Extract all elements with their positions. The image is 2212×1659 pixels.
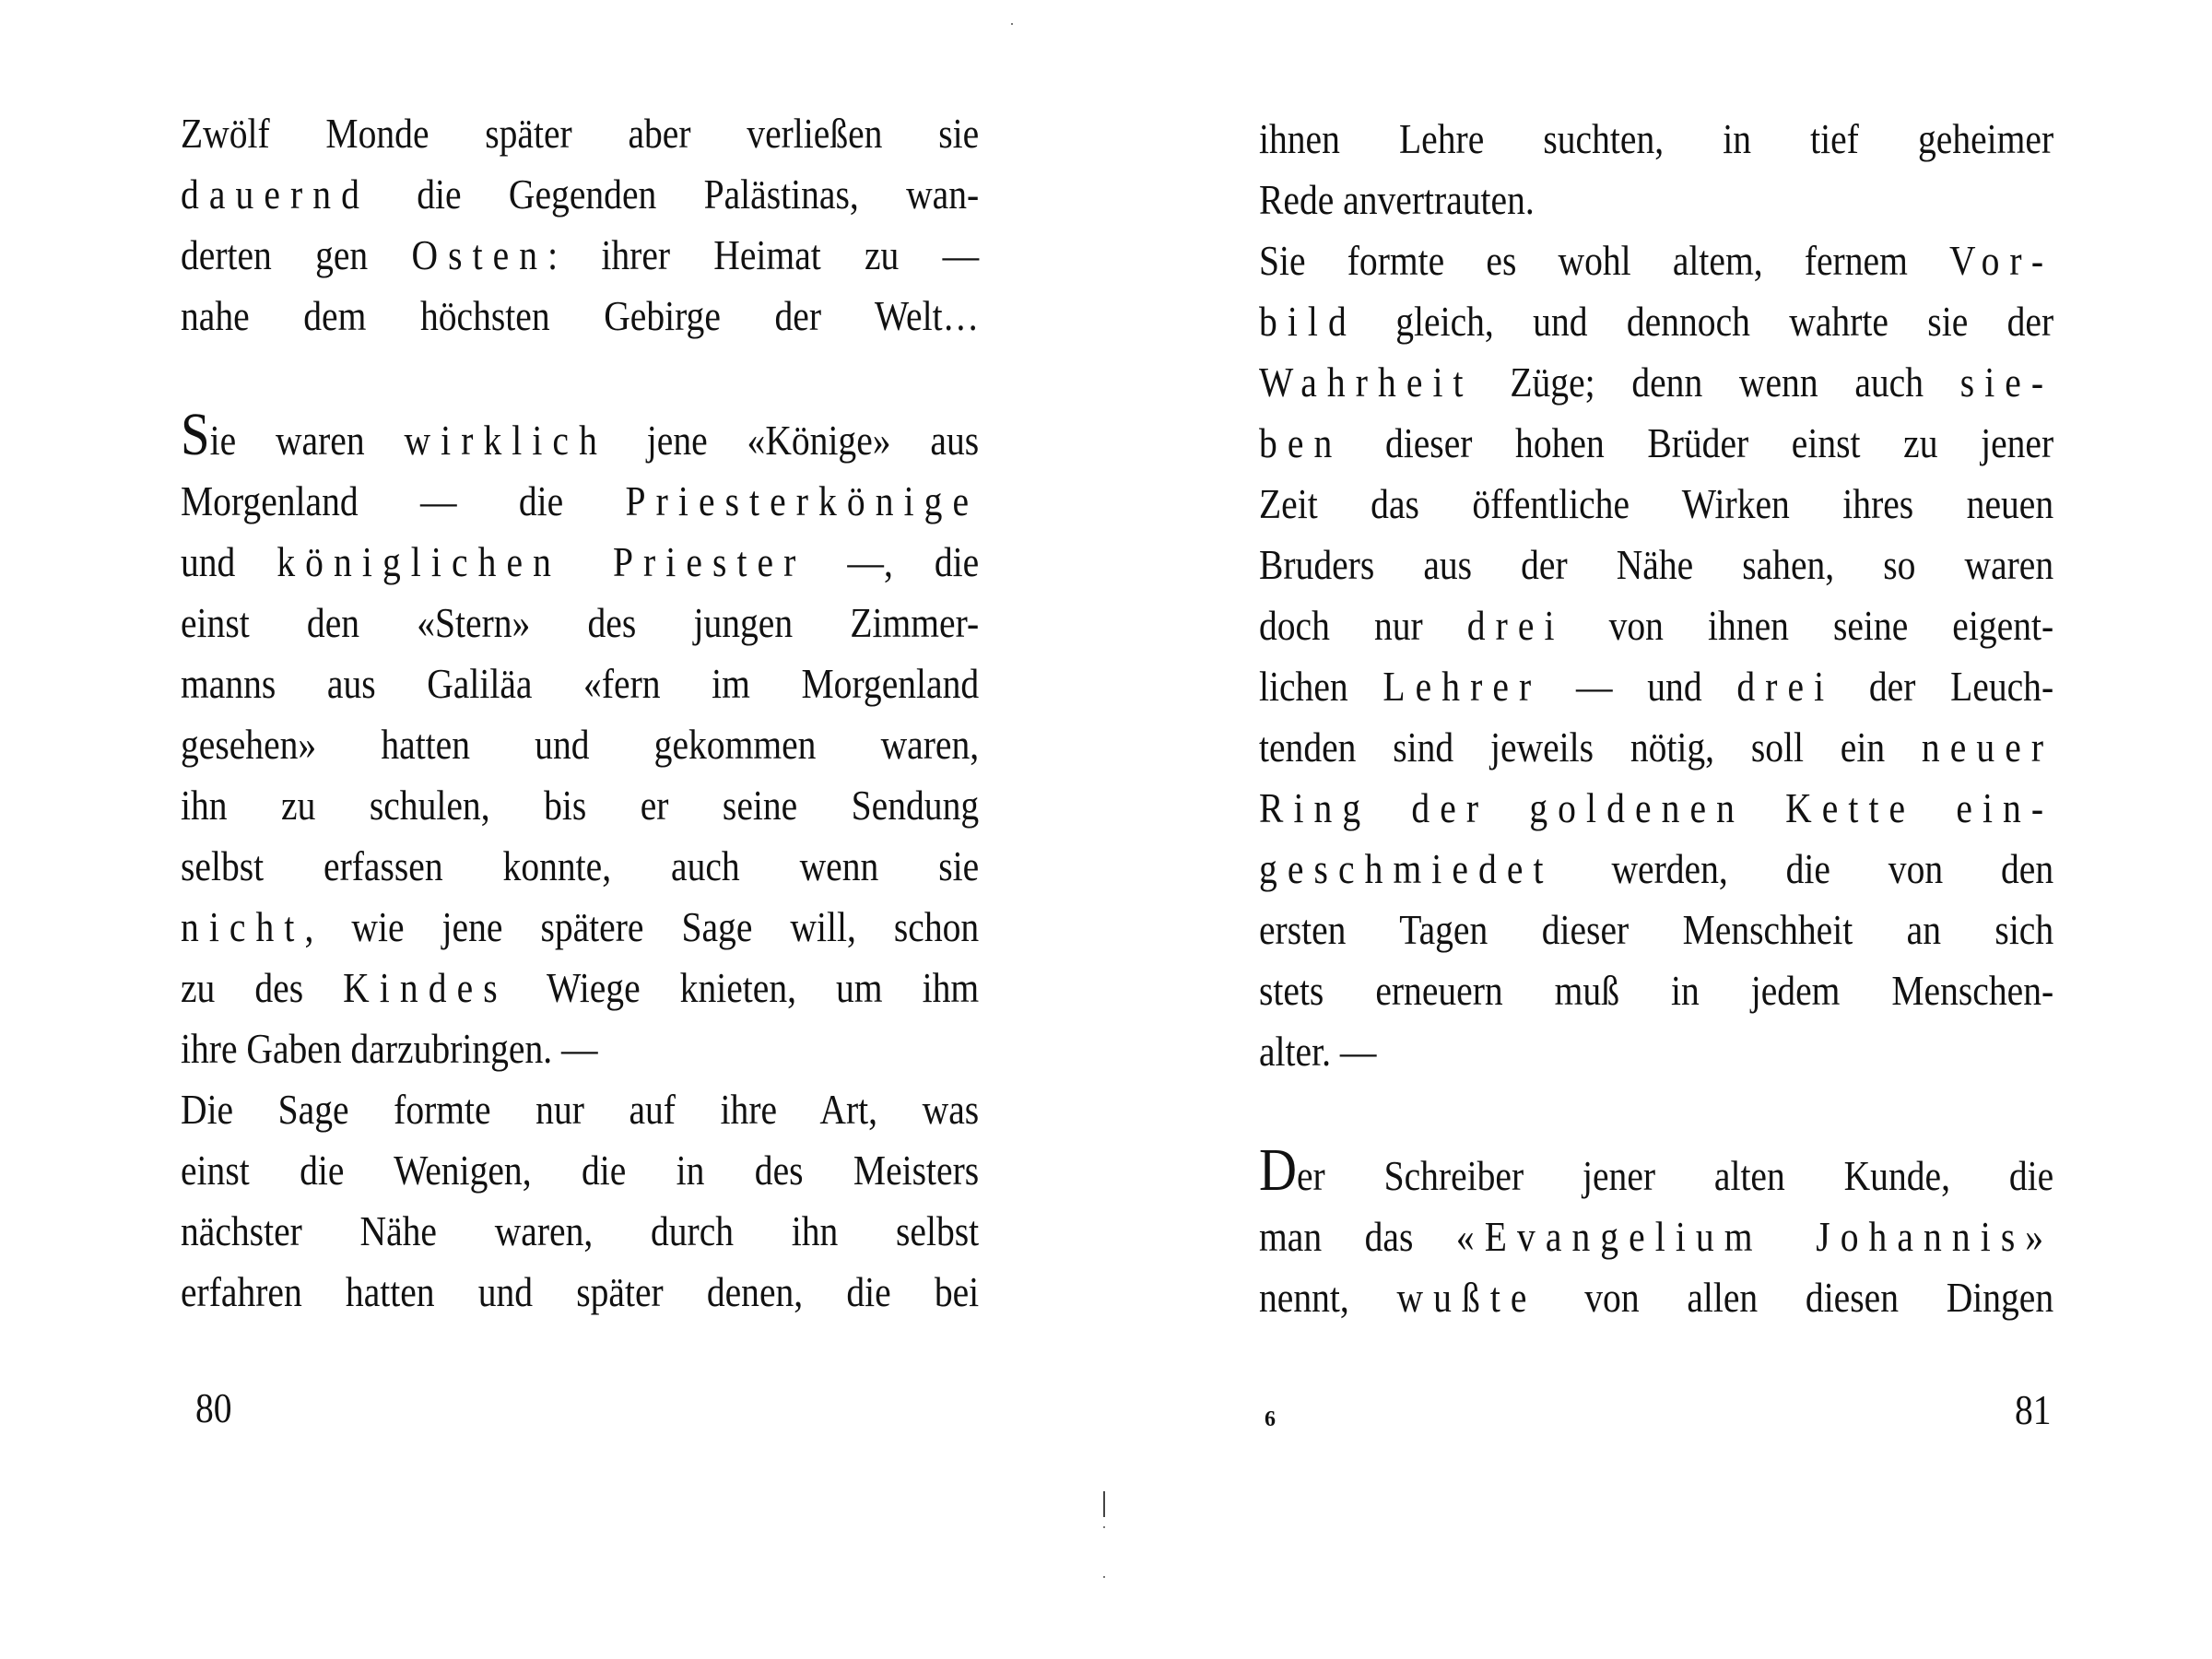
- spaced-emphasis: neuer: [1922, 724, 2053, 771]
- text-run: lichen: [1259, 663, 1382, 710]
- text-run: von ihnen seine eigent-: [1565, 602, 2054, 649]
- text-line: derten gen Osten: ihrer Heimat zu —: [181, 225, 979, 286]
- text-run: Zwölf Monde später aber verließen sie: [181, 110, 979, 157]
- spaced-emphasis: wußte: [1396, 1274, 1536, 1321]
- text-run: Die Sage formte nur auf ihre Art, was: [181, 1086, 979, 1133]
- text-run: ie waren: [210, 417, 405, 464]
- text-line: Rede anvertrauten.: [1259, 170, 2053, 230]
- text-line: selbst erfassen konnte, auch wenn sie: [181, 836, 979, 897]
- text-run: zu des: [181, 964, 343, 1011]
- text-run: , wie jene spätere Sage will, schon: [304, 903, 979, 950]
- text-run: werden, die von den: [1554, 845, 2054, 892]
- text-run: Rede anvertrauten.: [1259, 176, 1535, 223]
- gutter-dot: [1103, 1576, 1105, 1578]
- drop-cap: S: [181, 401, 210, 468]
- text-line: ihre Gaben darzubringen. —: [181, 1018, 979, 1079]
- text-line: einst den «Stern» des jungen Zimmer-: [181, 593, 979, 653]
- spaced-emphasis: nicht: [181, 903, 304, 950]
- text-run: — und: [1541, 663, 1736, 710]
- text-line: man das «Evangelium Johannis»: [1259, 1206, 2053, 1267]
- text-run: von allen diesen Dingen: [1537, 1274, 2054, 1321]
- text-run: Sie formte es wohl altem, fernem: [1259, 237, 1949, 284]
- text-line: Morgenland — die Priesterkönige: [181, 471, 979, 532]
- text-line: tenden sind jeweils nötig, soll ein neue…: [1259, 717, 2053, 778]
- text-run: ihre Gaben darzubringen. —: [181, 1025, 598, 1072]
- text-run: manns aus Galiläa «fern im Morgenland: [181, 660, 979, 707]
- text-run: und: [181, 538, 276, 585]
- text-run: gleich, und dennoch wahrte sie der: [1357, 298, 2053, 345]
- spaced-emphasis: bild: [1259, 298, 1357, 345]
- text-line: Der Schreiber jener alten Kunde, die: [1259, 1146, 2053, 1206]
- text-line: einst die Wenigen, die in des Meisters: [181, 1140, 979, 1201]
- page-number-right: 81: [2015, 1389, 2052, 1431]
- text-line: Ring der goldenen Kette ein-: [1259, 778, 2053, 839]
- gutter-dot: [1011, 23, 1013, 25]
- spaced-emphasis: Kindes: [343, 964, 508, 1011]
- spaced-emphasis: königlichen Priester: [276, 538, 806, 585]
- text-line: manns aus Galiläa «fern im Morgenland: [181, 653, 979, 714]
- text-line: Sie formte es wohl altem, fernem Vor-: [1259, 230, 2053, 291]
- text-run: die Gegenden Palästinas, wan-: [370, 171, 979, 218]
- spaced-emphasis: Osten: [411, 231, 547, 278]
- text-line: bild gleich, und dennoch wahrte sie der: [1259, 291, 2053, 352]
- text-run: nennt,: [1259, 1274, 1396, 1321]
- spaced-emphasis: Priesterkönige: [626, 477, 980, 524]
- drop-cap: D: [1259, 1136, 1297, 1204]
- spaced-emphasis: sie-: [1960, 359, 2053, 406]
- text-run: ersten Tagen dieser Menschheit an sich: [1259, 906, 2053, 953]
- text-line: Zeit das öffentliche Wirken ihres neuen: [1259, 474, 2053, 535]
- text-line: nahe dem höchsten Gebirge der Welt…: [181, 286, 979, 347]
- spaced-emphasis: Wahrheit: [1259, 359, 1474, 406]
- text-run: Bruders aus der Nähe sahen, so waren: [1259, 541, 2053, 588]
- text-run: —, die: [806, 538, 979, 585]
- text-line: alter. —: [1259, 1021, 2053, 1082]
- spaced-emphasis: Vor-: [1949, 237, 2053, 284]
- text-run: doch nur: [1259, 602, 1467, 649]
- text-line: zu des Kindes Wiege knieten, um ihm: [181, 958, 979, 1018]
- text-line: geschmiedet werden, die von den: [1259, 839, 2053, 900]
- text-run: einst den «Stern» des jungen Zimmer-: [181, 599, 979, 646]
- text-run: tenden sind jeweils nötig, soll ein: [1259, 724, 1922, 771]
- spaced-emphasis: drei: [1736, 663, 1834, 710]
- text-run: selbst erfassen konnte, auch wenn sie: [181, 842, 979, 889]
- text-line: Sie waren wirklich jene «Könige» aus: [181, 410, 979, 471]
- text-run: nächster Nähe waren, durch ihn selbst: [181, 1207, 979, 1254]
- gutter-dot: [1103, 1526, 1105, 1528]
- text-run: ihnen Lehre suchten, in tief geheimer: [1259, 115, 2053, 162]
- text-line: Zwölf Monde später aber verließen sie: [181, 103, 979, 164]
- text-run: Morgenland — die: [181, 477, 626, 524]
- text-run: dieser hohen Brüder einst zu jener: [1342, 419, 2053, 466]
- text-run: Wiege knieten, um ihm: [508, 964, 979, 1011]
- text-run: Zeit das öffentliche Wirken ihres neuen: [1259, 480, 2053, 527]
- text-run: : ihrer Heimat zu —: [547, 231, 979, 278]
- text-line: doch nur drei von ihnen seine eigent-: [1259, 595, 2053, 656]
- signature-mark: 6: [1265, 1408, 1276, 1430]
- text-line: Wahrheit Züge; denn wenn auch sie-: [1259, 352, 2053, 413]
- text-run: ihn zu schulen, bis er seine Sendung: [181, 782, 979, 829]
- spaced-emphasis: wirklich: [404, 417, 606, 464]
- text-run: einst die Wenigen, die in des Meisters: [181, 1147, 979, 1194]
- text-run: erfahren hatten und später denen, die be…: [181, 1268, 979, 1315]
- spaced-emphasis: drei: [1467, 602, 1565, 649]
- spaced-emphasis: geschmiedet: [1259, 845, 1554, 892]
- text-line: lichen Lehrer — und drei der Leuch-: [1259, 656, 2053, 717]
- text-line: nächster Nähe waren, durch ihn selbst: [181, 1201, 979, 1262]
- text-line: stets erneuern muß in jedem Menschen-: [1259, 960, 2053, 1021]
- text-run: alter. —: [1259, 1028, 1376, 1075]
- text-run: stets erneuern muß in jedem Menschen-: [1259, 967, 2053, 1014]
- right-page: ihnen Lehre suchten, in tief geheimerRed…: [1106, 0, 2212, 1659]
- text-line: ihnen Lehre suchten, in tief geheimer: [1259, 109, 2053, 170]
- text-line: und königlichen Priester —, die: [181, 532, 979, 593]
- left-page: Zwölf Monde später aber verließen siedau…: [0, 0, 1106, 1659]
- gutter-mark: [1103, 1491, 1105, 1517]
- text-line: Die Sage formte nur auf ihre Art, was: [181, 1079, 979, 1140]
- text-run: er Schreiber jener alten Kunde, die: [1297, 1152, 2053, 1199]
- text-line: dauernd die Gegenden Palästinas, wan-: [181, 164, 979, 225]
- text-run: der Leuch-: [1834, 663, 2053, 710]
- spaced-emphasis: dauernd: [181, 171, 370, 218]
- spaced-emphasis: Lehrer: [1382, 663, 1541, 710]
- text-line: ihn zu schulen, bis er seine Sendung: [181, 775, 979, 836]
- text-run: jene «Könige» aus: [607, 417, 979, 464]
- text-run: nahe dem höchsten Gebirge der Welt…: [181, 292, 979, 339]
- spaced-emphasis: «Evangelium Johannis»: [1456, 1213, 2053, 1260]
- text-run: derten gen: [181, 231, 411, 278]
- text-run: Züge; denn wenn auch: [1474, 359, 1960, 406]
- text-line: gesehen» hatten und gekommen waren,: [181, 714, 979, 775]
- text-line: Bruders aus der Nähe sahen, so waren: [1259, 535, 2053, 595]
- spaced-emphasis: Ring der goldenen Kette ein-: [1259, 784, 2053, 831]
- page-number-left: 80: [195, 1387, 232, 1430]
- text-line: nicht, wie jene spätere Sage will, schon: [181, 897, 979, 958]
- text-run: man das: [1259, 1213, 1456, 1260]
- spaced-emphasis: ben: [1259, 419, 1342, 466]
- text-line: nennt, wußte von allen diesen Dingen: [1259, 1267, 2053, 1328]
- text-line: erfahren hatten und später denen, die be…: [181, 1262, 979, 1323]
- text-line: ersten Tagen dieser Menschheit an sich: [1259, 900, 2053, 960]
- text-line: ben dieser hohen Brüder einst zu jener: [1259, 413, 2053, 474]
- text-run: gesehen» hatten und gekommen waren,: [181, 721, 979, 768]
